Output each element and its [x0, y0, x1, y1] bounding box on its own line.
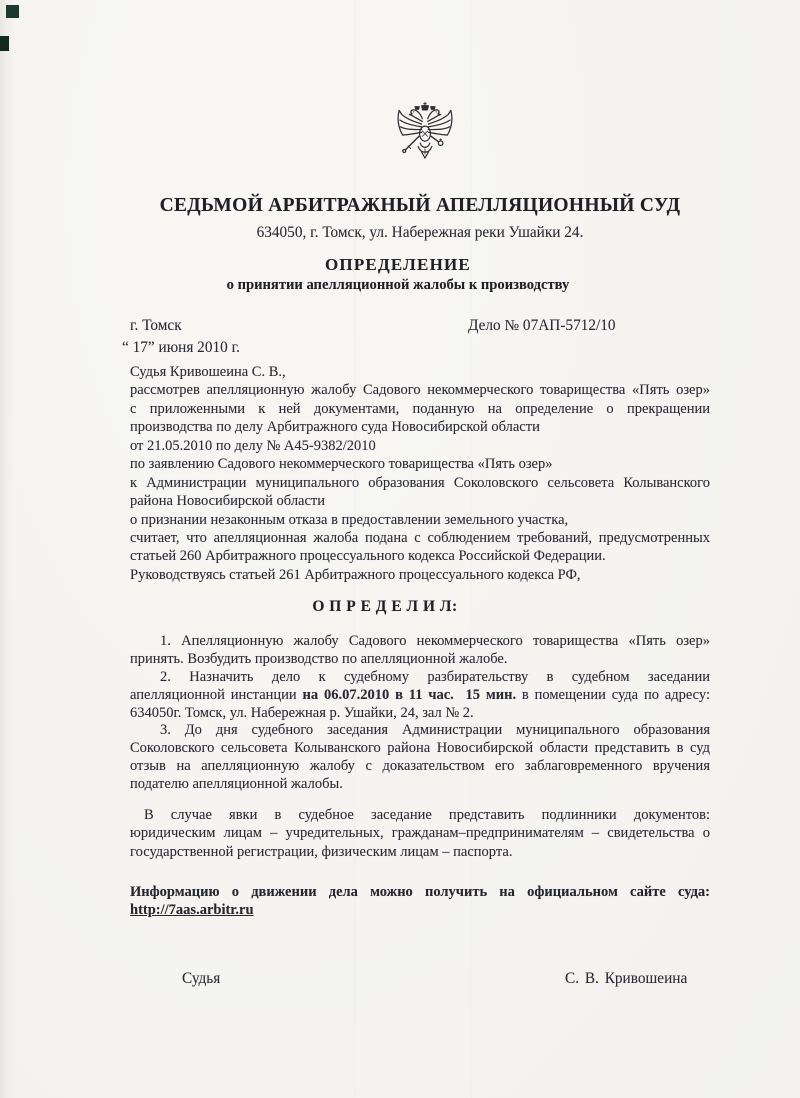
case-info-notice: Информацию о движении дела можно получит…: [130, 883, 710, 920]
court-address: 634050, г. Томск, ул. Набережная реки Уш…: [90, 224, 750, 242]
document-title: ОПРЕДЕЛЕНИЕ: [68, 255, 728, 275]
resolution-line: 3. До дня судебного заседания Администра…: [130, 722, 710, 740]
preamble: Судья Кривошеина С. В., рассмотрев апелл…: [130, 363, 710, 584]
resolution-line: отзыв на апелляционную жалобу с доказате…: [130, 758, 710, 776]
preamble-line: с приложенными к ней документами, поданн…: [130, 400, 710, 418]
double-headed-eagle-icon: [394, 101, 456, 169]
attendance-line: В случае явки в судебное заседание предс…: [130, 806, 710, 824]
preamble-line: от 21.05.2010 по делу № А45-9382/2010: [130, 437, 710, 455]
resolution-heading: О П Р Е Д Е Л И Л:: [55, 598, 715, 616]
resolution-line: Соколовского сельсовета Колыванского рай…: [130, 740, 710, 758]
scan-artifact-mark: [0, 36, 9, 51]
case-number: Дело № 07АП-5712/10: [468, 317, 616, 335]
resolution-body: 1. Апелляционную жалобу Садового некомме…: [130, 633, 710, 794]
court-name: СЕДЬМОЙ АРБИТРАЖНЫЙ АПЕЛЛЯЦИОННЫЙ СУД: [90, 195, 750, 217]
attendance-paragraph: В случае явки в судебное заседание предс…: [130, 806, 710, 861]
attendance-line: юридическим лицам – учредительных, гражд…: [130, 824, 710, 842]
notice-text: Информацию о движении дела можно получит…: [130, 883, 710, 901]
preamble-line: по заявлению Садового некоммерческого то…: [130, 455, 710, 473]
judge-name: С. В. Кривошеина: [565, 970, 687, 988]
resolution-line: 634050г. Томск, ул. Набережная р. Ушайки…: [130, 705, 710, 723]
court-website-url: http://7aas.arbitr.ru: [130, 901, 710, 919]
scanned-court-ruling-page: СЕДЬМОЙ АРБИТРАЖНЫЙ АПЕЛЛЯЦИОННЫЙ СУД 63…: [0, 0, 800, 1098]
preamble-line: рассмотрев апелляционную жалобу Садового…: [130, 381, 710, 399]
place-line: г. Томск: [130, 317, 182, 335]
preamble-line: о признании незаконным отказа в предоста…: [130, 511, 710, 529]
scan-artifact-mark: [6, 5, 19, 18]
preamble-line: Руководствуясь статьей 261 Арбитражного …: [130, 566, 710, 584]
russia-coat-of-arms-emblem: [394, 101, 456, 169]
preamble-line: Судья Кривошеина С. В.,: [130, 363, 710, 381]
preamble-line: статьей 260 Арбитражного процессуального…: [130, 547, 710, 565]
hearing-prefix: апелляционной инстанции: [130, 687, 303, 703]
resolution-line: подателю апелляционной жалобы.: [130, 776, 710, 794]
signature-label: Судья: [182, 970, 220, 988]
resolution-line: принять. Возбудить производство по апелл…: [130, 651, 710, 669]
preamble-line: района Новосибирской области: [130, 492, 710, 510]
preamble-line: считает, что апелляционная жалоба подана…: [130, 529, 710, 547]
document-subtitle: о принятии апелляционной жалобы к произв…: [68, 277, 728, 294]
preamble-line: производства по делу Арбитражного суда Н…: [130, 418, 710, 436]
resolution-line: 1. Апелляционную жалобу Садового некомме…: [130, 633, 710, 651]
resolution-line: 2. Назначить дело к судебному разбирател…: [130, 669, 710, 687]
preamble-line: к Администрации муниципального образован…: [130, 474, 710, 492]
hearing-line: апелляционной инстанции на 06.07.2010 в …: [130, 687, 710, 705]
date-line: “ 17” июня 2010 г.: [122, 339, 240, 357]
hearing-suffix: в помещении суда по адресу:: [516, 687, 710, 703]
hearing-datetime: на 06.07.2010 в 11 час. 15 мин.: [303, 687, 517, 703]
attendance-line: государственной регистрации, физическим …: [130, 843, 710, 861]
